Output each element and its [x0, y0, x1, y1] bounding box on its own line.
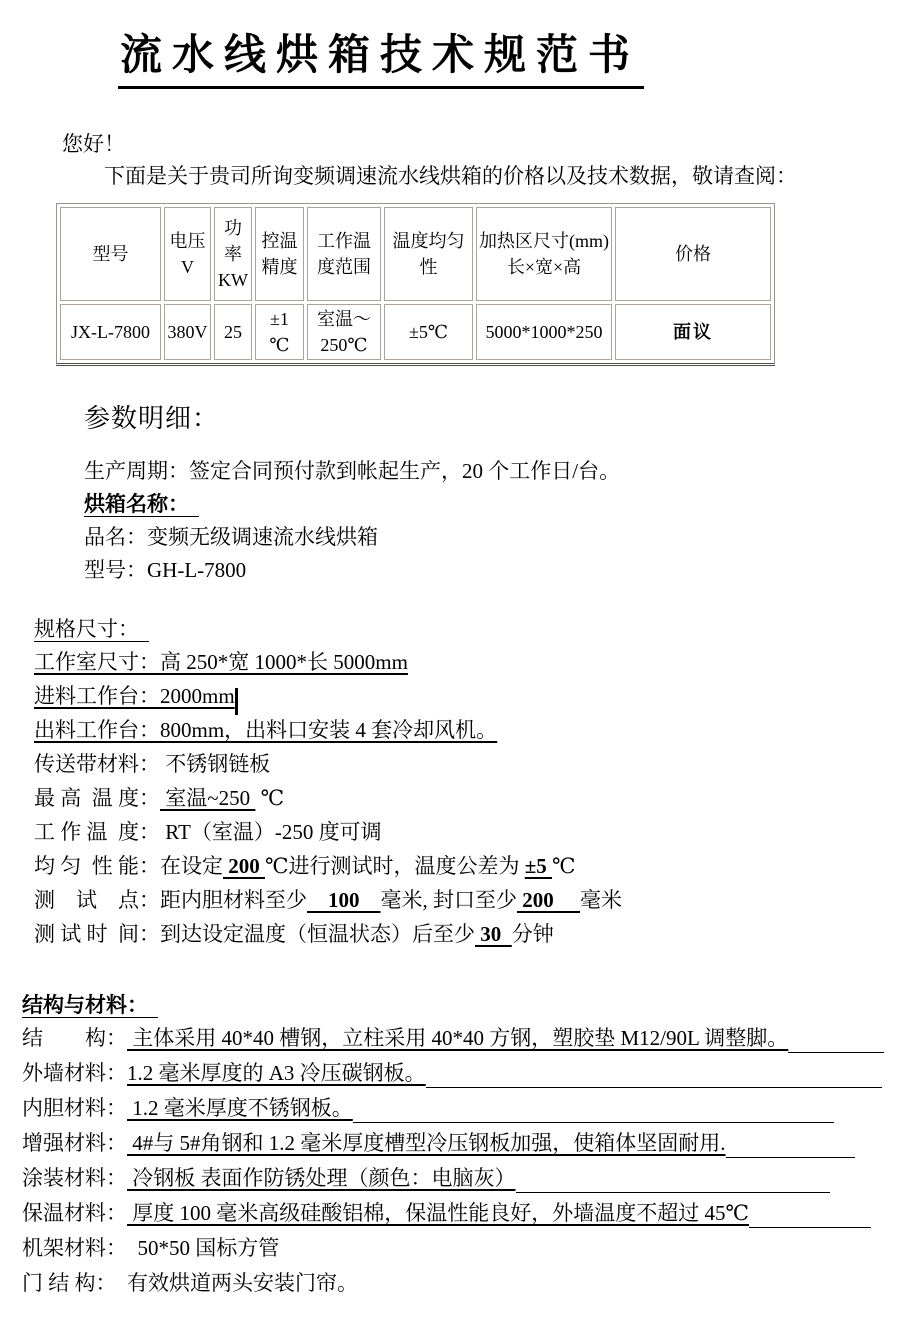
table-cell[interactable]: 价格 — [615, 207, 771, 301]
document-title[interactable]: 流水线烘箱技术规范书 — [118, 22, 644, 89]
text-segment: 测 试 点：距内胆材料至少 — [34, 884, 307, 914]
text-line[interactable]: 测 试 点：距内胆材料至少 100 毫米, 封口至少 200 毫米 — [34, 884, 622, 918]
text-line[interactable]: 涂装材料： 冷钢板 表面作防锈处理（颜色：电脑灰） — [22, 1162, 830, 1197]
product-name-line[interactable]: 品名：变频无级调速流水线烘箱 — [84, 521, 620, 554]
text-segment: ℃ — [552, 854, 576, 879]
text-line[interactable]: 外墙材料：1.2 毫米厚度的 A3 冷压碳钢板。 — [22, 1057, 882, 1092]
params-heading[interactable]: 参数明细： — [84, 398, 620, 435]
specs-heading[interactable]: 规格尺寸： — [34, 612, 622, 646]
text-line[interactable]: 结 构： 主体采用 40*40 槽钢，立柱采用 40*40 方钢，塑胶垫 M12… — [22, 1022, 884, 1057]
text-line[interactable]: 测 试 时 间：到达设定温度（恒温状态）后至少 30 分钟 — [34, 918, 622, 952]
text-line[interactable]: 门 结 构： 有效烘道两头安装门帘。 — [22, 1267, 884, 1302]
text-line[interactable]: 进料工作台：2000mm — [34, 680, 622, 714]
specs-lines: 工作室尺寸：高 250*宽 1000*长 5000mm进料工作台：2000mm出… — [34, 646, 622, 952]
specs-heading-text: 规格尺寸： — [34, 617, 149, 642]
table-cell[interactable]: 工作温 度范围 — [307, 207, 381, 301]
text-segment: 厚度 100 毫米高级硅酸铝棉，保温性能良好，外墙温度不超过 45℃ — [127, 1197, 749, 1227]
table-cell[interactable]: 25 — [214, 304, 252, 360]
oven-name-heading[interactable]: 烘箱名称： — [84, 488, 620, 521]
table-cell[interactable]: 5000*1000*250 — [476, 304, 612, 360]
structure-section: 结构与材料： 结 构： 主体采用 40*40 槽钢，立柱采用 40*40 方钢，… — [22, 988, 884, 1302]
text-segment: 机架材料： 50*50 国标方管 — [22, 1232, 279, 1262]
table-data-row: JX-L-7800380V25±1 ℃室温～ 250℃±5℃5000*1000*… — [60, 304, 771, 360]
text-segment: 保温材料： — [22, 1197, 127, 1227]
blank-underline — [726, 1157, 856, 1158]
text-segment: 均 匀 性 能：在设定 — [34, 850, 223, 880]
text-line[interactable]: 均 匀 性 能：在设定 200 ℃进行测试时，温度公差为 ±5 ℃ — [34, 850, 622, 884]
table-cell[interactable]: 加热区尺寸(mm) 长×宽×高 — [476, 207, 612, 301]
text-segment: 4#与 5#角钢和 1.2 毫米厚度槽型冷压钢板加强，使箱体坚固耐用. — [127, 1127, 726, 1157]
text-line[interactable]: 最 高 温 度： 室温~250 ℃ — [34, 782, 622, 816]
text-segment: 30 — [475, 922, 512, 947]
intro-line[interactable]: 下面是关于贵司所询变频调速流水线烘箱的价格以及技术数据，敬请查阅： — [104, 160, 797, 190]
text-segment: 1.2 毫米厚度不锈钢板。 — [127, 1092, 353, 1122]
text-line[interactable]: 出料工作台：800mm，出料口安装 4 套冷却风机。 — [34, 714, 622, 748]
text-segment: 工作室尺寸：高 250*宽 1000*长 5000mm — [34, 646, 408, 676]
oven-name-heading-text: 烘箱名称： — [84, 492, 199, 517]
structure-heading[interactable]: 结构与材料： — [22, 988, 884, 1022]
text-segment: 进料工作台：2000mm — [34, 680, 235, 710]
text-segment: ℃进行测试时，温度公差为 — [265, 850, 525, 880]
table-header-row: 型号电压 V功 率 KW控温 精度工作温 度范围温度均匀 性加热区尺寸(mm) … — [60, 207, 771, 301]
text-line[interactable]: 增强材料： 4#与 5#角钢和 1.2 毫米厚度槽型冷压钢板加强，使箱体坚固耐用… — [22, 1127, 855, 1162]
text-segment: 测 试 时 间：到达设定温度（恒温状态）后至少 — [34, 918, 475, 948]
text-line[interactable]: 内胆材料： 1.2 毫米厚度不锈钢板。 — [22, 1092, 834, 1127]
text-segment: 内胆材料： — [22, 1092, 127, 1122]
text-cursor — [235, 688, 238, 715]
blank-underline — [516, 1192, 831, 1193]
table-cell[interactable]: 型号 — [60, 207, 161, 301]
text-segment: 200 — [517, 884, 580, 914]
text-segment: 门 结 构： 有效烘道两头安装门帘。 — [22, 1267, 358, 1297]
blank-underline — [426, 1087, 882, 1088]
table-cell[interactable]: 室温～ 250℃ — [307, 304, 381, 360]
table-cell[interactable]: 功 率 KW — [214, 207, 252, 301]
text-line[interactable]: 工作室尺寸：高 250*宽 1000*长 5000mm — [34, 646, 622, 680]
production-cycle-line[interactable]: 生产周期：签定合同预付款到帐起生产，20 个工作日/台。 — [84, 455, 620, 488]
spec-table[interactable]: 型号电压 V功 率 KW控温 精度工作温 度范围温度均匀 性加热区尺寸(mm) … — [56, 203, 775, 366]
text-segment: 工 作 温 度： RT（室温）-250 度可调 — [34, 816, 382, 846]
text-segment: 室温~250 — [160, 782, 255, 812]
text-line[interactable]: 工 作 温 度： RT（室温）-250 度可调 — [34, 816, 622, 850]
text-segment: 毫米 — [580, 884, 622, 914]
text-segment: 外墙材料： — [22, 1057, 127, 1087]
text-segment: 结 构： — [22, 1022, 127, 1052]
text-segment: 出料工作台：800mm，出料口安装 4 套冷却风机。 — [34, 714, 497, 744]
table-cell[interactable]: 温度均匀 性 — [384, 207, 473, 301]
text-segment: 传送带材料： 不锈钢链板 — [34, 748, 270, 778]
text-segment: ±5 — [525, 854, 552, 879]
table-cell[interactable]: ±1 ℃ — [255, 304, 304, 360]
structure-lines: 结 构： 主体采用 40*40 槽钢，立柱采用 40*40 方钢，塑胶垫 M12… — [22, 1022, 884, 1302]
text-segment: 100 — [307, 884, 381, 914]
blank-underline — [353, 1122, 834, 1123]
text-segment: 1.2 毫米厚度的 A3 冷压碳钢板。 — [127, 1057, 426, 1087]
table-cell[interactable]: JX-L-7800 — [60, 304, 161, 360]
text-segment: 涂装材料： — [22, 1162, 127, 1192]
params-section: 参数明细： 生产周期：签定合同预付款到帐起生产，20 个工作日/台。 烘箱名称：… — [84, 398, 620, 587]
text-line[interactable]: 保温材料： 厚度 100 毫米高级硅酸铝棉，保温性能良好，外墙温度不超过 45℃ — [22, 1197, 871, 1232]
blank-underline — [788, 1052, 884, 1053]
text-segment: 增强材料： — [22, 1127, 127, 1157]
structure-heading-text: 结构与材料： — [22, 993, 158, 1018]
model-line[interactable]: 型号：GH-L-7800 — [84, 554, 620, 587]
text-segment: ℃ — [255, 786, 284, 811]
table-cell[interactable]: ±5℃ — [384, 304, 473, 360]
text-line[interactable]: 机架材料： 50*50 国标方管 — [22, 1232, 884, 1267]
table-cell[interactable]: 控温 精度 — [255, 207, 304, 301]
text-segment: 200 — [223, 854, 265, 879]
spec-table-wrap: 型号电压 V功 率 KW控温 精度工作温 度范围温度均匀 性加热区尺寸(mm) … — [56, 203, 775, 366]
greeting-line[interactable]: 您好！ — [62, 128, 125, 158]
text-segment: 冷钢板 表面作防锈处理（颜色：电脑灰） — [127, 1162, 516, 1192]
text-line[interactable]: 传送带材料： 不锈钢链板 — [34, 748, 622, 782]
table-cell[interactable]: 电压 V — [164, 207, 211, 301]
specs-section: 规格尺寸： 工作室尺寸：高 250*宽 1000*长 5000mm进料工作台：2… — [34, 612, 622, 952]
text-segment: 毫米, 封口至少 — [381, 884, 518, 914]
blank-underline — [749, 1227, 871, 1228]
table-cell[interactable]: 380V — [164, 304, 211, 360]
text-segment: 最 高 温 度： — [34, 782, 160, 812]
text-segment: 主体采用 40*40 槽钢，立柱采用 40*40 方钢，塑胶垫 M12/90L … — [127, 1022, 788, 1052]
table-cell[interactable]: 面议 — [615, 304, 771, 360]
text-segment: 分钟 — [512, 918, 554, 948]
